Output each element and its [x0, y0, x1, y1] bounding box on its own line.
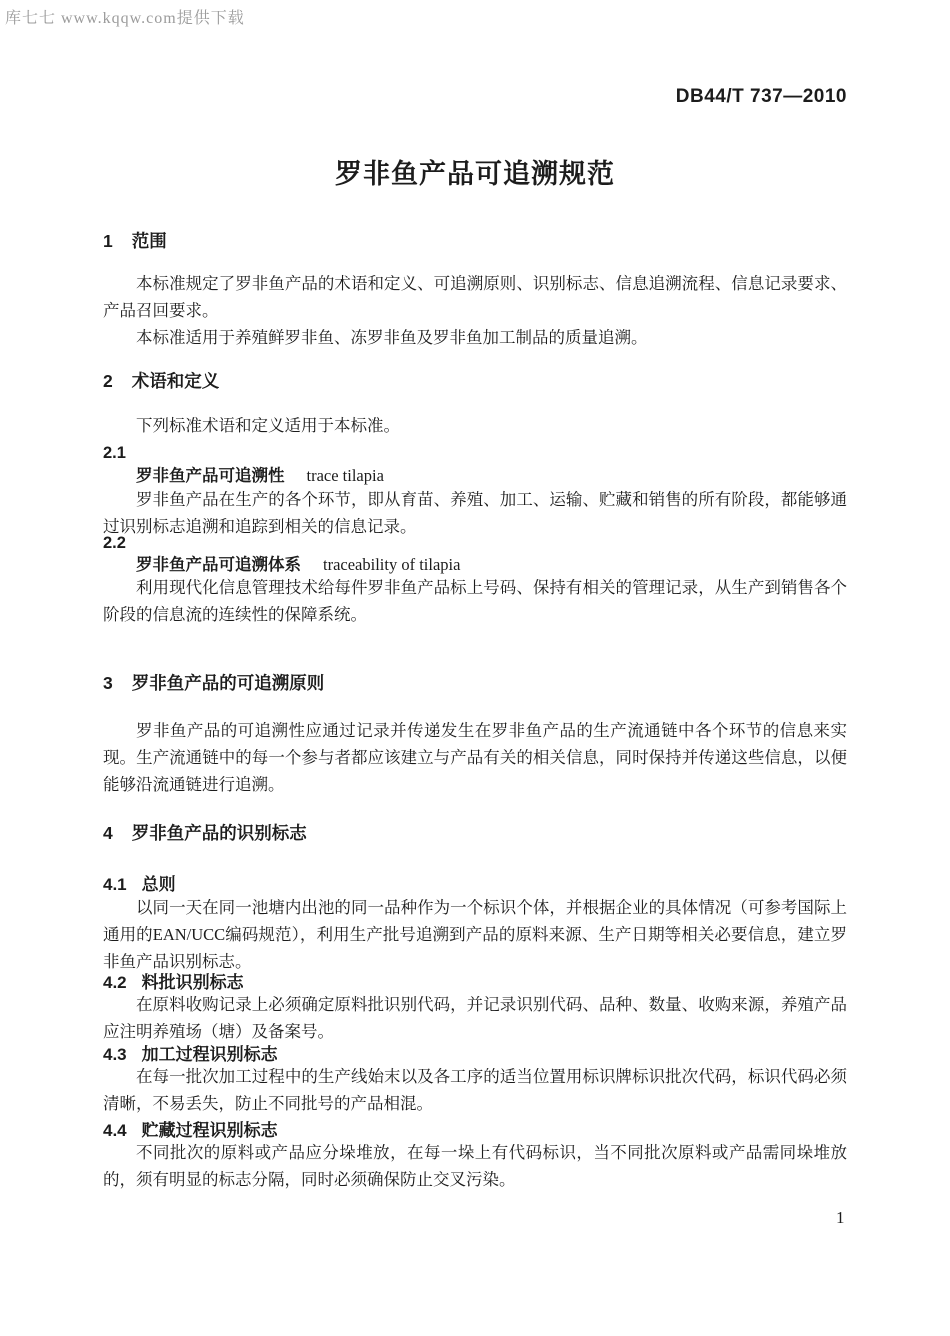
section-number: 4.2 [103, 973, 127, 992]
paragraph: 在原料收购记录上必须确定原料批识别代码，并记录识别代码、品种、数量、收购来源，养… [103, 991, 847, 1045]
section-title: 料批识别标志 [142, 973, 244, 992]
paragraph: 以同一天在同一池塘内出池的同一品种作为一个标识个体，并根据企业的具体情况（可参考… [103, 894, 847, 975]
section-title: 罗非鱼产品的可追溯原则 [132, 673, 325, 693]
section-4-4-body: 不同批次的原料或产品应分垛堆放，在每一垛上有代码标识，当不同批次原料或产品需同垛… [103, 1139, 847, 1193]
section-number: 1 [103, 231, 113, 251]
section-title: 总则 [142, 875, 176, 894]
section-2-intro: 下列标准术语和定义适用于本标准。 [103, 412, 847, 439]
section-title: 贮藏过程识别标志 [142, 1121, 278, 1140]
section-4-2-body: 在原料收购记录上必须确定原料批识别代码，并记录识别代码、品种、数量、收购来源，养… [103, 991, 847, 1045]
watermark-text: 库七七 www.kqqw.com提供下载 [5, 5, 245, 28]
section-1-heading: 1范围 [103, 228, 847, 255]
term-english: traceability of tilapia [323, 555, 460, 574]
section-number: 2 [103, 371, 113, 391]
section-4-1-body: 以同一天在同一池塘内出池的同一品种作为一个标识个体，并根据企业的具体情况（可参考… [103, 894, 847, 975]
paragraph: 不同批次的原料或产品应分垛堆放，在每一垛上有代码标识，当不同批次原料或产品需同垛… [103, 1139, 847, 1193]
document-title: 罗非鱼产品可追溯规范 [0, 152, 950, 191]
section-4-heading: 4罗非鱼产品的识别标志 [103, 820, 847, 847]
section-4-3-body: 在每一批次加工过程中的生产线始末以及各工序的适当位置用标识牌标识批次代码，标识代… [103, 1063, 847, 1117]
section-number: 4.4 [103, 1121, 127, 1140]
standard-code: DB44/T 737—2010 [103, 86, 847, 108]
section-title: 术语和定义 [132, 371, 220, 391]
section-number: 4.3 [103, 1045, 127, 1064]
section-3-body: 罗非鱼产品的可追溯性应通过记录并传递发生在罗非鱼产品的生产流通链中各个环节的信息… [103, 717, 847, 798]
section-number: 4 [103, 823, 113, 843]
section-3-heading: 3罗非鱼产品的可追溯原则 [103, 670, 847, 697]
document-page: 库七七 www.kqqw.com提供下载 DB44/T 737—2010 罗非鱼… [0, 0, 950, 1336]
paragraph: 本标准适用于养殖鲜罗非鱼、冻罗非鱼及罗非鱼加工制品的质量追溯。 [103, 324, 847, 351]
section-title: 范围 [132, 231, 167, 251]
paragraph: 在每一批次加工过程中的生产线始末以及各工序的适当位置用标识牌标识批次代码，标识代… [103, 1063, 847, 1117]
section-number: 4.1 [103, 875, 127, 894]
paragraph: 下列标准术语和定义适用于本标准。 [103, 412, 847, 439]
section-title: 罗非鱼产品的识别标志 [132, 823, 307, 843]
paragraph: 利用现代化信息管理技术给每件罗非鱼产品标上号码、保持有相关的管理记录，从生产到销… [103, 574, 847, 628]
paragraph: 本标准规定了罗非鱼产品的术语和定义、可追溯原则、识别标志、信息追溯流程、信息记录… [103, 270, 847, 324]
term-english: trace tilapia [307, 466, 384, 485]
term-chinese: 罗非鱼产品可追溯体系 [136, 556, 301, 574]
section-2-heading: 2术语和定义 [103, 368, 847, 395]
section-1-body: 本标准规定了罗非鱼产品的术语和定义、可追溯原则、识别标志、信息追溯流程、信息记录… [103, 270, 847, 351]
section-number: 3 [103, 673, 113, 693]
paragraph: 罗非鱼产品的可追溯性应通过记录并传递发生在罗非鱼产品的生产流通链中各个环节的信息… [103, 717, 847, 798]
page-number: 1 [836, 1208, 845, 1228]
term-chinese: 罗非鱼产品可追溯性 [136, 467, 285, 485]
section-title: 加工过程识别标志 [142, 1045, 278, 1064]
term-2-2-definition: 利用现代化信息管理技术给每件罗非鱼产品标上号码、保持有相关的管理记录，从生产到销… [103, 574, 847, 628]
